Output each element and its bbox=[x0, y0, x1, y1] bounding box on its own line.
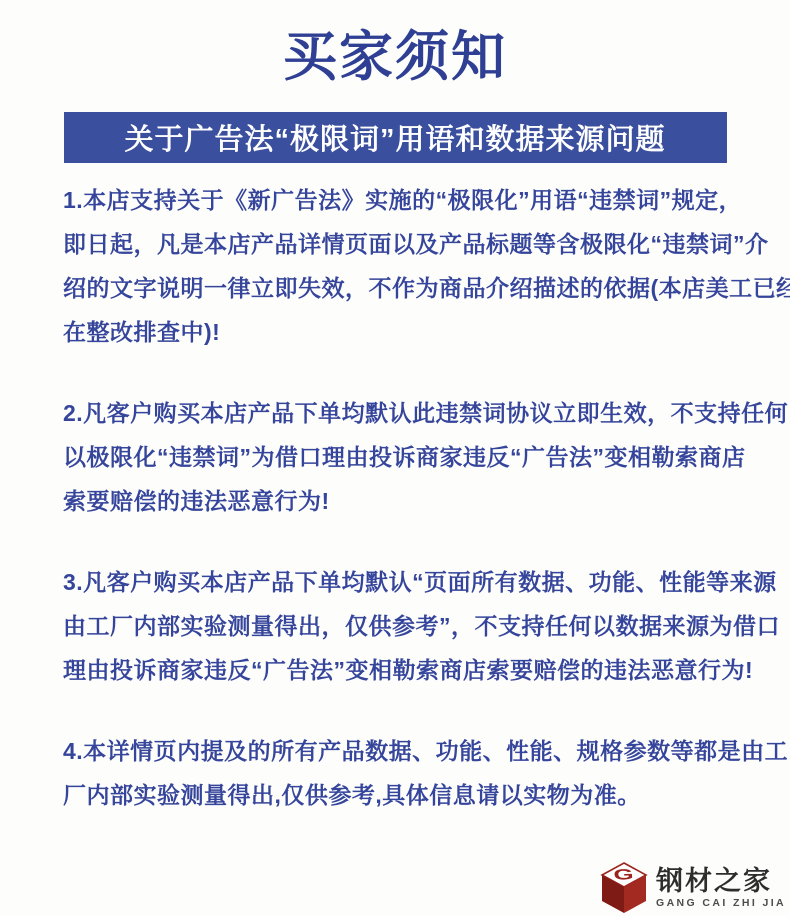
paragraph-line: 以极限化“违禁词”为借口理由投诉商家违反“广告法”变相勒索商店 bbox=[63, 435, 727, 479]
notice-banner: 关于广告法“极限词”用语和数据来源问题 bbox=[64, 112, 727, 163]
paragraph-4: 4.本详情页内提及的所有产品数据、功能、性能、规格参数等都是由工 厂内部实验测量… bbox=[63, 729, 727, 817]
paragraph-line: 3.凡客户购买本店产品下单均默认“页面所有数据、功能、性能等来源 bbox=[63, 560, 727, 604]
paragraph-line: 2.凡客户购买本店产品下单均默认此违禁词协议立即生效，不支持任何 bbox=[63, 391, 727, 435]
buyer-notice-page: 买家须知 关于广告法“极限词”用语和数据来源问题 1.本店支持关于《新广告法》实… bbox=[0, 0, 790, 916]
brand-name-cn: 钢材之家 bbox=[656, 866, 772, 896]
red-cube-g-icon: G bbox=[599, 862, 649, 914]
brand-text: 钢材之家 GANG CAI ZHI JIA bbox=[656, 866, 786, 910]
paragraph-line: 厂内部实验测量得出,仅供参考,具体信息请以实物为准。 bbox=[63, 773, 727, 817]
paragraph-3: 3.凡客户购买本店产品下单均默认“页面所有数据、功能、性能等来源 由工厂内部实验… bbox=[63, 560, 727, 692]
notice-content: 1.本店支持关于《新广告法》实施的“极限化”用语“违禁词”规定， 即日起，凡是本… bbox=[63, 178, 727, 817]
paragraph-line: 绍的文字说明一律立即失效，不作为商品介绍描述的依据(本店美工已经 bbox=[63, 266, 727, 310]
paragraph-line: 在整改排查中)! bbox=[63, 310, 727, 354]
paragraph-1: 1.本店支持关于《新广告法》实施的“极限化”用语“违禁词”规定， 即日起，凡是本… bbox=[63, 178, 727, 354]
paragraph-2: 2.凡客户购买本店产品下单均默认此违禁词协议立即生效，不支持任何 以极限化“违禁… bbox=[63, 391, 727, 523]
brand-logo: G 钢材之家 GANG CAI ZHI JIA bbox=[599, 862, 786, 914]
paragraph-line: 索要赔偿的违法恶意行为! bbox=[63, 479, 727, 523]
paragraph-line: 即日起，凡是本店产品详情页面以及产品标题等含极限化“违禁词”介 bbox=[63, 222, 727, 266]
brand-name-en: GANG CAI ZHI JIA bbox=[656, 896, 786, 910]
paragraph-line: 理由投诉商家违反“广告法”变相勒索商店索要赔偿的违法恶意行为! bbox=[63, 648, 727, 692]
page-title: 买家须知 bbox=[0, 0, 790, 88]
notice-banner-text: 关于广告法“极限词”用语和数据来源问题 bbox=[124, 117, 665, 158]
svg-text:G: G bbox=[613, 866, 634, 883]
paragraph-line: 4.本详情页内提及的所有产品数据、功能、性能、规格参数等都是由工 bbox=[63, 729, 727, 773]
paragraph-line: 1.本店支持关于《新广告法》实施的“极限化”用语“违禁词”规定， bbox=[63, 178, 727, 222]
paragraph-line: 由工厂内部实验测量得出，仅供参考”，不支持任何以数据来源为借口 bbox=[63, 604, 727, 648]
